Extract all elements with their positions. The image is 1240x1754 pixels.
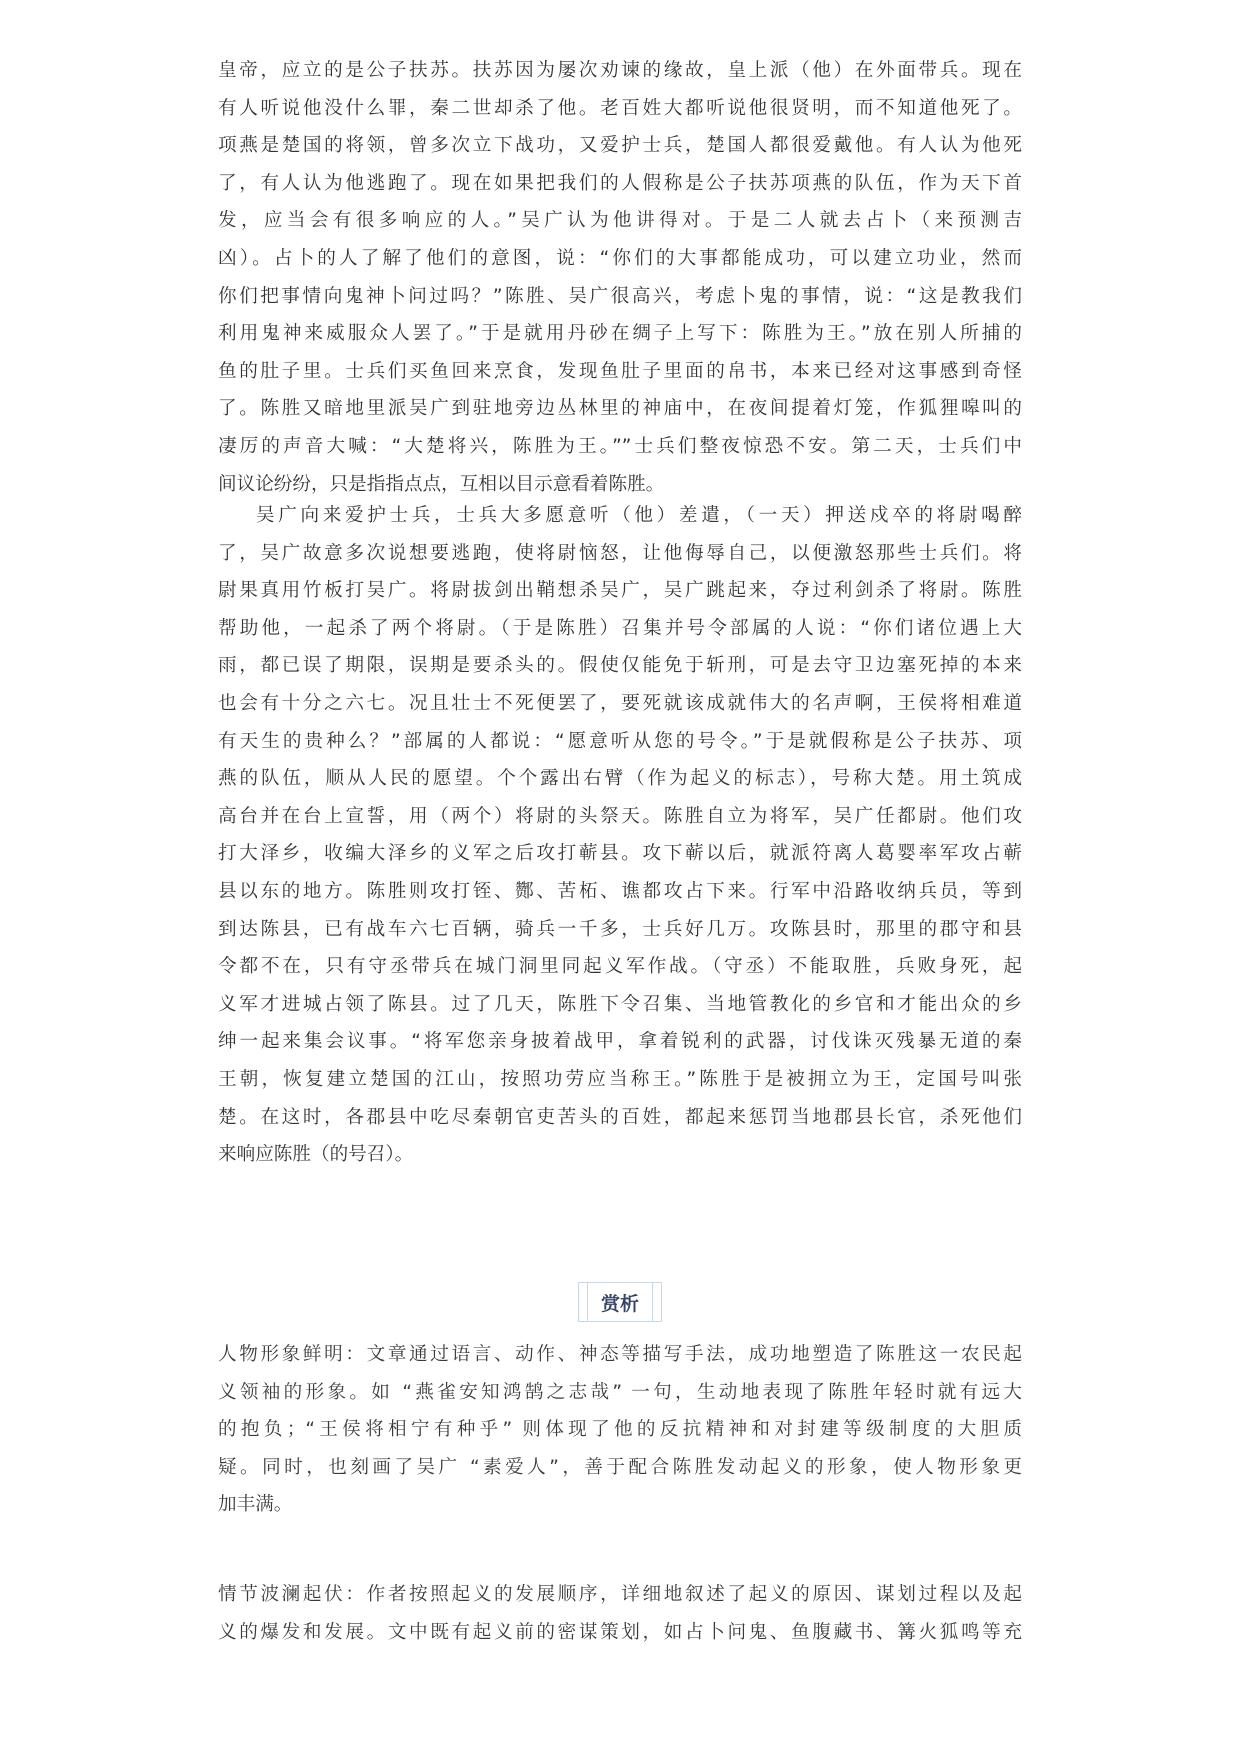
text-line: 绅一起来集会议事。“将军您亲身披着战甲，拿着锐利的武器，讨伐诛灭残暴无道的秦 (218, 1023, 1022, 1061)
text-line: 高台并在台上宣誓，用（两个）将尉的头祭天。陈胜自立为将军，吴广任都尉。他们攻 (218, 798, 1022, 836)
text-line: 也会有十分之六七。况且壮士不死便罢了，要死就该成就伟大的名声啊，王侯将相难道 (218, 685, 1022, 723)
text-line: 到达陈县，已有战车六七百辆，骑兵一千多，士兵好几万。攻陈县时，那里的郡守和县 (218, 911, 1022, 949)
text-line: 了，有人认为他逃跑了。现在如果把我们的人假称是公子扶苏项燕的队伍，作为天下首 (218, 165, 1022, 203)
text-line: 情节波澜起伏：作者按照起义的发展顺序，详细地叙述了起义的原因、谋划过程以及起 (218, 1576, 1022, 1614)
analysis-paragraph-2: 情节波澜起伏：作者按照起义的发展顺序，详细地叙述了起义的原因、谋划过程以及起 义… (218, 1576, 1022, 1651)
text-line: 帮助他，一起杀了两个将尉。（于是陈胜）召集并号令部属的人说：“你们诸位遇上大 (218, 610, 1022, 648)
text-line: 了。陈胜又暗地里派吴广到驻地旁边丛林里的神庙中，在夜间提着灯笼，作狐狸嗥叫的 (218, 390, 1022, 428)
translation-paragraph-1: 皇帝，应立的是公子扶苏。扶苏因为屡次劝谏的缘故，皇上派（他）在外面带兵。现在 有… (218, 52, 1022, 503)
text-line: 疑。同时，也刻画了吴广 “素爱人”，善于配合陈胜发动起义的形象，使人物形象更 (218, 1449, 1022, 1487)
text-line: 县以东的地方。陈胜则攻打铚、酂、苦柘、谯都攻占下来。行军中沿路收纳兵员，等到 (218, 873, 1022, 911)
text-line: 了，吴广故意多次说想要逃跑，使将尉恼怒，让他侮辱自己，以便激怒那些士兵们。将 (218, 535, 1022, 573)
analysis-paragraph-1: 人物形象鲜明：文章通过语言、动作、神态等描写手法，成功地塑造了陈胜这一农民起 义… (218, 1336, 1022, 1524)
text-line: 来响应陈胜（的号召）。 (218, 1136, 1022, 1174)
translation-paragraph-2: 吴广向来爱护士兵，士兵大多愿意听（他）差遣，（一天）押送戍卒的将尉喝醉 了，吴广… (218, 497, 1022, 1174)
text-line: 加丰满。 (218, 1486, 1022, 1524)
analysis-heading: 赏析 (578, 1282, 662, 1322)
text-line: 凶）。占卜的人了解了他们的意图，说：“你们的大事都能成功，可以建立功业，然而 (218, 240, 1022, 278)
text-line: 雨，都已误了期限，误期是要杀头的。假使仅能免于斩刑，可是去守卫边塞死掉的本来 (218, 647, 1022, 685)
text-line: 鱼的肚子里。士兵们买鱼回来烹食，发现鱼肚子里面的帛书，本来已经对这事感到奇怪 (218, 353, 1022, 391)
text-line: 你们把事情向鬼神卜问过吗？”陈胜、吴广很高兴，考虑卜鬼的事情，说：“这是教我们 (218, 278, 1022, 316)
text-line: 人物形象鲜明：文章通过语言、动作、神态等描写手法，成功地塑造了陈胜这一农民起 (218, 1336, 1022, 1374)
text-line: 发，应当会有很多响应的人。”吴广认为他讲得对。于是二人就去占卜（来预测吉 (218, 202, 1022, 240)
text-line: 项燕是楚国的将领，曾多次立下战功，又爱护士兵，楚国人都很爱戴他。有人认为他死 (218, 127, 1022, 165)
text-line: 义的爆发和发展。文中既有起义前的密谋策划，如占卜问鬼、鱼腹藏书、篝火狐鸣等充 (218, 1614, 1022, 1652)
text-line: 王朝，恢复建立楚国的江山，按照功劳应当称王。”陈胜于是被拥立为王，定国号叫张 (218, 1061, 1022, 1099)
text-line: 楚。在这时，各郡县中吃尽秦朝官吏苦头的百姓，都起来惩罚当地郡县长官，杀死他们 (218, 1099, 1022, 1137)
text-line: 义军才进城占领了陈县。过了几天，陈胜下令召集、当地管教化的乡官和才能出众的乡 (218, 986, 1022, 1024)
text-line: 吴广向来爱护士兵，士兵大多愿意听（他）差遣，（一天）押送戍卒的将尉喝醉 (218, 497, 1022, 535)
text-line: 凄厉的声音大喊：“大楚将兴，陈胜为王。””士兵们整夜惊恐不安。第二天，士兵们中 (218, 428, 1022, 466)
text-line: 打大泽乡，收编大泽乡的义军之后攻打蕲县。攻下蕲以后，就派符离人葛婴率军攻占蕲 (218, 835, 1022, 873)
text-line: 尉果真用竹板打吴广。将尉拔剑出鞘想杀吴广，吴广跳起来，夺过利剑杀了将尉。陈胜 (218, 572, 1022, 610)
text-line: 的抱负；“王侯将相宁有种乎” 则体现了他的反抗精神和对封建等级制度的大胆质 (218, 1411, 1022, 1449)
text-line: 燕的队伍，顺从人民的愿望。个个露出右臂（作为起义的标志），号称大楚。用土筑成 (218, 760, 1022, 798)
text-line: 义领袖的形象。如 “燕雀安知鸿鹄之志哉” 一句，生动地表现了陈胜年轻时就有远大 (218, 1374, 1022, 1412)
text-line: 有天生的贵种么？”部属的人都说：“愿意听从您的号令。”于是就假称是公子扶苏、项 (218, 723, 1022, 761)
text-line: 皇帝，应立的是公子扶苏。扶苏因为屡次劝谏的缘故，皇上派（他）在外面带兵。现在 (218, 52, 1022, 90)
analysis-heading-wrap: 赏析 (218, 1282, 1022, 1324)
text-line: 利用鬼神来威服众人罢了。”于是就用丹砂在绸子上写下：陈胜为王。”放在别人所捕的 (218, 315, 1022, 353)
text-line: 有人听说他没什么罪，秦二世却杀了他。老百姓大都听说他很贤明，而不知道他死了。 (218, 90, 1022, 128)
text-line: 令都不在，只有守丞带兵在城门洞里同起义军作战。（守丞）不能取胜，兵败身死，起 (218, 948, 1022, 986)
